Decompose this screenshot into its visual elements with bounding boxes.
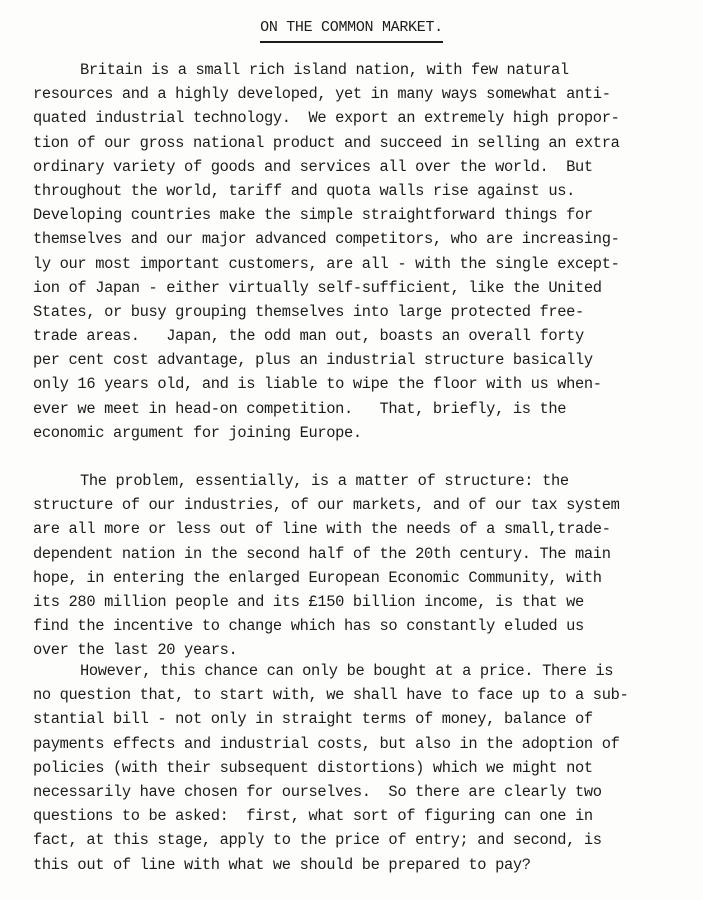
text-line: economic argument for joining Europe.: [33, 421, 693, 445]
text-line: Britain is a small rich island nation, w…: [33, 58, 693, 82]
text-line: this out of line with what we should be …: [33, 853, 693, 877]
text-line: fact, at this stage, apply to the price …: [33, 828, 693, 852]
text-line: its 280 million people and its £150 bill…: [33, 590, 693, 614]
text-line: stantial bill - not only in straight ter…: [33, 707, 693, 731]
paragraph-1: Britain is a small rich island nation, w…: [33, 58, 693, 445]
text-line: policies (with their subsequent distorti…: [33, 756, 693, 780]
text-line: find the incentive to change which has s…: [33, 614, 693, 638]
text-line: resources and a highly developed, yet in…: [33, 82, 693, 106]
text-line: However, this chance can only be bought …: [33, 659, 693, 683]
text-line: themselves and our major advanced compet…: [33, 227, 693, 251]
text-line: no question that, to start with, we shal…: [33, 683, 693, 707]
text-line: ion of Japan - either virtually self-suf…: [33, 276, 693, 300]
text-line: throughout the world, tariff and quota w…: [33, 179, 693, 203]
document-title: ON THE COMMON MARKET.: [260, 18, 443, 43]
text-line: States, or busy grouping themselves into…: [33, 300, 693, 324]
text-line: dependent nation in the second half of t…: [33, 542, 693, 566]
document-page: ON THE COMMON MARKET. Britain is a small…: [0, 0, 703, 900]
document-title-container: ON THE COMMON MARKET.: [0, 18, 703, 43]
text-line: per cent cost advantage, plus an industr…: [33, 348, 693, 372]
text-line: The problem, essentially, is a matter of…: [33, 469, 693, 493]
text-line: quated industrial technology. We export …: [33, 106, 693, 130]
text-line: payments effects and industrial costs, b…: [33, 732, 693, 756]
text-line: questions to be asked: first, what sort …: [33, 804, 693, 828]
text-line: ordinary variety of goods and services a…: [33, 155, 693, 179]
text-line: are all more or less out of line with th…: [33, 517, 693, 541]
text-line: only 16 years old, and is liable to wipe…: [33, 372, 693, 396]
text-line: necessarily have chosen for ourselves. S…: [33, 780, 693, 804]
text-line: hope, in entering the enlarged European …: [33, 566, 693, 590]
text-line: trade areas. Japan, the odd man out, boa…: [33, 324, 693, 348]
text-line: structure of our industries, of our mark…: [33, 493, 693, 517]
text-line: tion of our gross national product and s…: [33, 131, 693, 155]
text-line: Developing countries make the simple str…: [33, 203, 693, 227]
paragraph-3: However, this chance can only be bought …: [33, 659, 693, 877]
text-line: ever we meet in head-on competition. Tha…: [33, 397, 693, 421]
paragraph-2: The problem, essentially, is a matter of…: [33, 469, 693, 663]
text-line: ly our most important customers, are all…: [33, 252, 693, 276]
